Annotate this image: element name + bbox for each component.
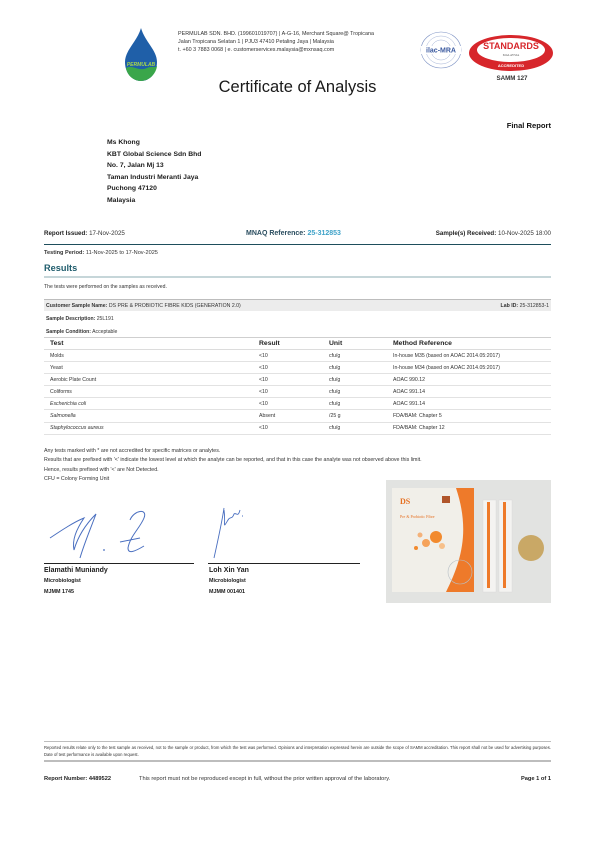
- note-line: Results that are prefixed with '<' indic…: [44, 456, 564, 465]
- table-row: Staphylococcus aureus<10cfu/gFDA/BAM: Ch…: [44, 422, 551, 434]
- cell-test: Yeast: [44, 362, 255, 374]
- recipient-company: KBT Global Science Sdn Bhd: [107, 149, 201, 161]
- testing-period: Testing Period: 11-Nov-2025 to 17-Nov-20…: [44, 250, 158, 256]
- results-table: Test Result Unit Method Reference Molds<…: [44, 337, 551, 435]
- cell-test: Coliforms: [44, 386, 255, 398]
- sample-name-bar: Customer Sample Name: DS PRE & PROBIOTIC…: [44, 299, 551, 311]
- sample-condition: Sample Condition: Acceptable: [46, 329, 117, 335]
- note-line: Hence, results prefixed with '<' are Not…: [44, 466, 564, 475]
- cell-unit: cfu/g: [325, 386, 389, 398]
- svg-text:PERMULAB: PERMULAB: [127, 62, 156, 68]
- lab-id: Lab ID: 25-312853-1: [501, 303, 549, 309]
- signatory-name: Elamathi Muniandy: [44, 565, 108, 576]
- table-row: Coliforms<10cfu/gAOAC 991.14: [44, 386, 551, 398]
- signatory-role: Microbiologist: [209, 576, 249, 587]
- signature-line: [208, 563, 360, 564]
- cell-unit: /25 g: [325, 410, 389, 422]
- column-header-test: Test: [44, 338, 255, 350]
- lab-info-line: t. +60 3 7883 0068 | e. customerservices…: [178, 46, 438, 54]
- divider: [44, 760, 551, 762]
- report-issued: Report Issued: 17-Nov-2025: [44, 230, 125, 237]
- cell-method: In-house M35 (based on AOAC 2014.05:2017…: [389, 350, 551, 362]
- page-number: Page 1 of 1: [521, 776, 551, 782]
- performed-note: The tests were performed on the samples …: [44, 284, 167, 290]
- signatory-reg: MJMM 001401: [209, 587, 249, 598]
- signatory-1: Elamathi Muniandy Microbiologist MJMM 17…: [44, 565, 108, 598]
- results-notes: Any tests marked with * are not accredit…: [44, 447, 564, 484]
- divider: [44, 244, 551, 245]
- cell-result: <10: [255, 350, 325, 362]
- samples-received: Sample(s) Received: 10-Nov-2025 18:00: [436, 230, 551, 237]
- table-header-row: Test Result Unit Method Reference: [44, 338, 551, 350]
- cell-result: <10: [255, 398, 325, 410]
- cell-unit: cfu/g: [325, 362, 389, 374]
- sample-description: Sample Description: 25L191: [46, 316, 114, 322]
- svg-text:ACCREDITED: ACCREDITED: [498, 63, 524, 68]
- mnaq-reference: MNAQ Reference: 25-312853: [246, 230, 341, 237]
- report-meta-row: Report Issued: 17-Nov-2025 MNAQ Referenc…: [44, 230, 551, 240]
- lab-info-line: PERMULAB SDN. BHD. (199601019707) | A-G-…: [178, 30, 438, 38]
- report-number: Report Number: 4489522: [44, 776, 111, 782]
- column-header-unit: Unit: [325, 338, 389, 350]
- lab-contact-info: PERMULAB SDN. BHD. (199601019707) | A-G-…: [178, 30, 438, 55]
- document-title: Certificate of Analysis: [0, 78, 595, 97]
- table-row: Aerobic Plate Count<10cfu/gAOAC 990.12: [44, 374, 551, 386]
- cell-test: Aerobic Plate Count: [44, 374, 255, 386]
- svg-text:DS: DS: [400, 497, 411, 506]
- report-status: Final Report: [507, 121, 551, 130]
- recipient-address-line: Taman Industri Meranti Jaya: [107, 172, 201, 184]
- recipient-name: Ms Khong: [107, 137, 201, 149]
- signatory-name: Loh Xin Yan: [209, 565, 249, 576]
- cell-test: Molds: [44, 350, 255, 362]
- cell-unit: cfu/g: [325, 398, 389, 410]
- svg-text:Pre & Probiotic Fibre: Pre & Probiotic Fibre: [400, 514, 435, 519]
- recipient-address-line: Puchong 47120: [107, 183, 201, 195]
- signature-line: [44, 563, 194, 564]
- cell-unit: cfu/g: [325, 422, 389, 434]
- svg-text:MALAYSIA: MALAYSIA: [503, 53, 520, 57]
- signatory-reg: MJMM 1745: [44, 587, 108, 598]
- divider: [44, 276, 551, 278]
- cell-method: In-house M34 (based on AOAC 2014.05:2017…: [389, 362, 551, 374]
- recipient-address: Ms Khong KBT Global Science Sdn Bhd No. …: [107, 137, 201, 206]
- table-row: Yeast<10cfu/gIn-house M34 (based on AOAC…: [44, 362, 551, 374]
- customer-sample-name: Customer Sample Name: DS PRE & PROBIOTIC…: [46, 303, 241, 309]
- recipient-address-line: No. 7, Jalan Mj 13: [107, 160, 201, 172]
- disclaimer: Reported results relate only to the test…: [44, 744, 551, 758]
- reproduction-note: This report must not be reproduced excep…: [139, 776, 390, 782]
- standards-malaysia-logo-icon: STANDARDS MALAYSIA ACCREDITED: [467, 33, 555, 73]
- cell-result: <10: [255, 422, 325, 434]
- cell-method: AOAC 991.14: [389, 386, 551, 398]
- cell-test: Escherichia coli: [44, 398, 255, 410]
- svg-text:ilac-MRA: ilac-MRA: [426, 48, 456, 55]
- signature-elamathi: [44, 500, 184, 562]
- signatory-role: Microbiologist: [44, 576, 108, 587]
- table-row: Molds<10cfu/gIn-house M35 (based on AOAC…: [44, 350, 551, 362]
- cell-test: Salmonella: [44, 410, 255, 422]
- signatory-2: Loh Xin Yan Microbiologist MJMM 001401: [209, 565, 249, 598]
- product-photo: DS Pre & Probiotic Fibre: [386, 480, 551, 603]
- cell-test: Staphylococcus aureus: [44, 422, 255, 434]
- page-footer: Report Number: 4489522 This report must …: [44, 776, 551, 785]
- cell-method: FDA/BAM: Chapter 12: [389, 422, 551, 434]
- table-row: SalmonellaAbsent/25 gFDA/BAM: Chapter 5: [44, 410, 551, 422]
- cell-result: <10: [255, 374, 325, 386]
- cell-result: <10: [255, 386, 325, 398]
- column-header-method: Method Reference: [389, 338, 551, 350]
- ilac-mra-logo-icon: ilac-MRA: [417, 30, 465, 70]
- cell-unit: cfu/g: [325, 350, 389, 362]
- cell-unit: cfu/g: [325, 374, 389, 386]
- cell-result: Absent: [255, 410, 325, 422]
- cell-method: FDA/BAM: Chapter 5: [389, 410, 551, 422]
- permulab-logo-icon: PERMULAB: [117, 28, 165, 82]
- cell-method: AOAC 991.14: [389, 398, 551, 410]
- column-header-result: Result: [255, 338, 325, 350]
- svg-text:STANDARDS: STANDARDS: [483, 41, 539, 51]
- divider: [44, 741, 551, 742]
- table-row: Escherichia coli<10cfu/gAOAC 991.14: [44, 398, 551, 410]
- signature-loh: [210, 500, 280, 562]
- note-line: Any tests marked with * are not accredit…: [44, 447, 564, 456]
- cell-result: <10: [255, 362, 325, 374]
- recipient-country: Malaysia: [107, 195, 201, 207]
- results-heading: Results: [44, 263, 77, 273]
- lab-info-line: Jalan Tropicana Selatan 1 | PJU3 47410 P…: [178, 38, 438, 46]
- cell-method: AOAC 990.12: [389, 374, 551, 386]
